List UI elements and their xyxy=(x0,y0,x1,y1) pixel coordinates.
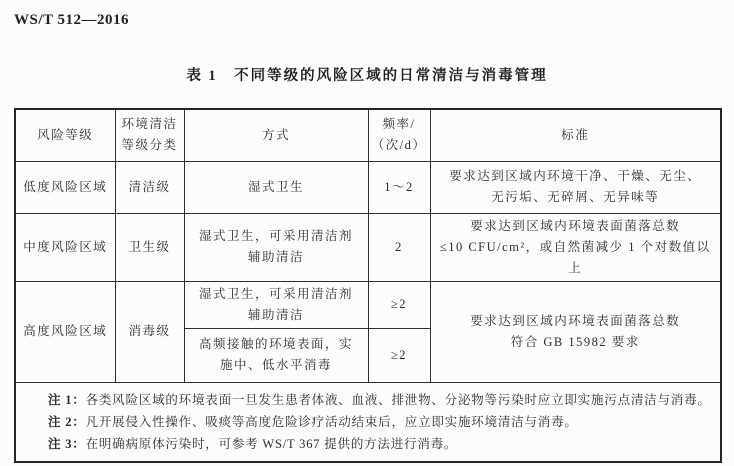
cell-high-method-2: 高频接触的环境表面，实 施中、低水平消毒 xyxy=(184,328,368,382)
cell-mid-frequency: 2 xyxy=(368,213,430,281)
standard-doc-number: WS/T 512—2016 xyxy=(14,12,129,29)
cell-mid-grade: 卫生级 xyxy=(115,213,184,281)
note-2-label: 注 2： xyxy=(48,415,86,429)
table-title: 表 1 不同等级的风险区域的日常清洁与消毒管理 xyxy=(0,64,734,85)
cell-high-standard: 要求达到区域内环境表面菌落总数 符合 GB 15982 要求 xyxy=(430,281,721,382)
cell-low-grade: 清洁级 xyxy=(115,161,184,213)
cell-high-frequency-2: ≥2 xyxy=(368,328,430,382)
cell-mid-risk: 中度风险区域 xyxy=(15,213,115,281)
document-page: WS/T 512—2016 表 1 不同等级的风险区域的日常清洁与消毒管理 风险… xyxy=(0,0,734,466)
table-header-row: 风险等级 环境清洁 等级分类 方式 频率/ （次/d） 标准 xyxy=(15,109,721,161)
cell-high-frequency-1: ≥2 xyxy=(368,281,430,328)
header-cleaning-grade: 环境清洁 等级分类 xyxy=(115,109,184,161)
cell-mid-standard: 要求达到区域内环境表面菌落总数 ≤10 CFU/cm²，或自然菌减少 1 个对数… xyxy=(430,213,721,281)
table-row-mid-risk: 中度风险区域 卫生级 湿式卫生，可采用清洁剂 辅助清洁 2 要求达到区域内环境表… xyxy=(15,213,721,281)
note-1-label: 注 1： xyxy=(48,393,86,407)
cell-low-method: 湿式卫生 xyxy=(184,161,368,213)
cell-low-risk: 低度风险区域 xyxy=(15,161,115,213)
cell-high-risk: 高度风险区域 xyxy=(15,281,115,382)
header-risk-level: 风险等级 xyxy=(15,109,115,161)
table-row-low-risk: 低度风险区域 清洁级 湿式卫生 1～2 要求达到区域内环境干净、干燥、无尘、 无… xyxy=(15,161,721,213)
note-3-label: 注 3： xyxy=(48,437,86,451)
table-notes-row: 注 1：各类风险区域的环境表面一旦发生患者体液、血液、排泄物、分泌物等污染时应立… xyxy=(15,382,721,462)
header-frequency: 频率/ （次/d） xyxy=(368,109,430,161)
header-method: 方式 xyxy=(184,109,368,161)
note-2: 注 2：凡开展侵入性操作、吸痰等高度危险诊疗活动结束后，应立即实施环境清洁与消毒… xyxy=(48,411,712,433)
cell-high-grade: 消毒级 xyxy=(115,281,184,382)
risk-management-table: 风险等级 环境清洁 等级分类 方式 频率/ （次/d） 标准 低度风险区域 清洁… xyxy=(14,108,722,463)
notes-cell: 注 1：各类风险区域的环境表面一旦发生患者体液、血液、排泄物、分泌物等污染时应立… xyxy=(15,382,721,462)
cell-mid-method: 湿式卫生，可采用清洁剂 辅助清洁 xyxy=(184,213,368,281)
note-1-text: 各类风险区域的环境表面一旦发生患者体液、血液、排泄物、分泌物等污染时应立即实施污… xyxy=(86,393,711,407)
cell-high-method-1: 湿式卫生，可采用清洁剂 辅助清洁 xyxy=(184,281,368,328)
note-3-text: 在明确病原体污染时，可参考 WS/T 367 提供的方法进行消毒。 xyxy=(86,437,458,451)
header-standard: 标准 xyxy=(430,109,721,161)
table-row-high-risk-1: 高度风险区域 消毒级 湿式卫生，可采用清洁剂 辅助清洁 ≥2 要求达到区域内环境… xyxy=(15,281,721,328)
cell-low-frequency: 1～2 xyxy=(368,161,430,213)
note-3: 注 3：在明确病原体污染时，可参考 WS/T 367 提供的方法进行消毒。 xyxy=(48,433,712,455)
cell-low-standard: 要求达到区域内环境干净、干燥、无尘、 无污垢、无碎屑、无异味等 xyxy=(430,161,721,213)
note-1: 注 1：各类风险区域的环境表面一旦发生患者体液、血液、排泄物、分泌物等污染时应立… xyxy=(48,389,712,411)
note-2-text: 凡开展侵入性操作、吸痰等高度危险诊疗活动结束后，应立即实施环境清洁与消毒。 xyxy=(86,415,578,429)
